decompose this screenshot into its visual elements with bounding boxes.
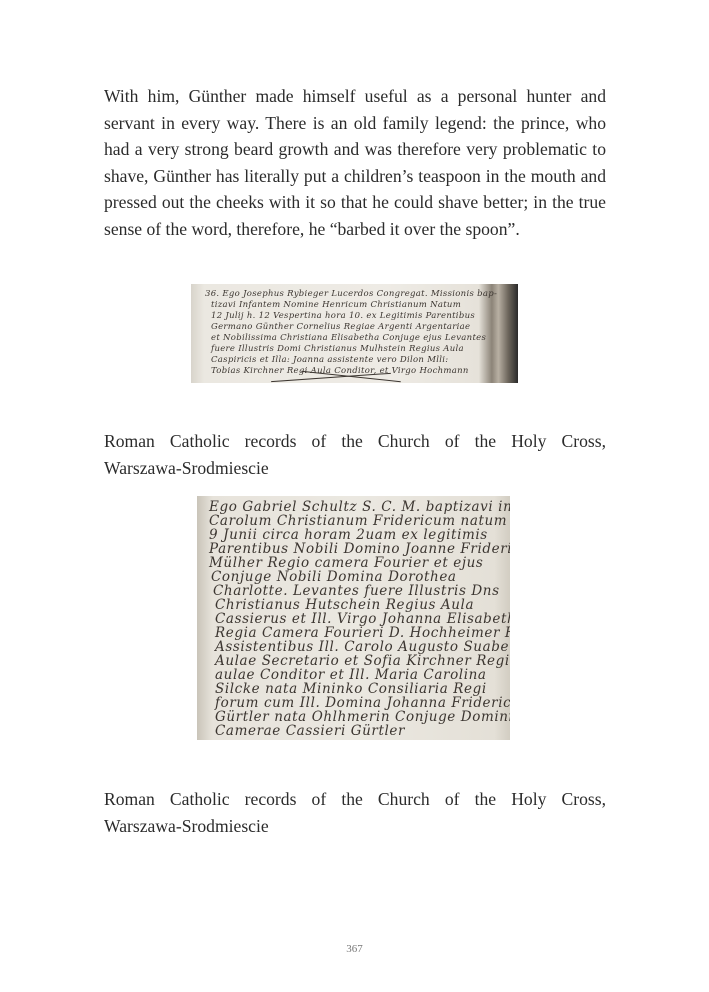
- handwriting-line: forum cum Ill. Domina Johanna Friderica: [197, 696, 510, 711]
- handwriting-line: fuere Illustris Domi Christianus Mulhste…: [191, 344, 518, 355]
- caption-line: Warszawa-Srodmiescie: [104, 455, 606, 482]
- handwriting-line: Cassierus et Ill. Virgo Johanna Elisabet…: [197, 612, 510, 627]
- page-number: 367: [0, 943, 709, 955]
- figure-caption-1: Roman Catholic records of the Church of …: [104, 428, 606, 481]
- caption-line: Roman Catholic records of the Church of …: [104, 786, 606, 813]
- scan-image-baptism-record-gunther: 36. Ego Josephus Rybieger Lucerdos Congr…: [191, 284, 518, 383]
- handwriting-line: Silcke nata Mininko Consiliaria Regi: [197, 682, 510, 697]
- handwriting-line: et Nobilissima Christiana Elisabetha Con…: [191, 333, 518, 344]
- handwriting-line: Camerae Cassieri Gürtler: [197, 724, 510, 739]
- handwriting-line: 36. Ego Josephus Rybieger Lucerdos Congr…: [191, 289, 518, 300]
- figure-caption-2: Roman Catholic records of the Church of …: [104, 786, 606, 839]
- handwriting-line: Charlotte. Levantes fuere Illustris Dns: [197, 584, 510, 599]
- handwriting-line: Mülher Regio camera Fourier et ejus: [197, 556, 510, 571]
- handwriting-line: 12 Julij h. 12 Vespertina hora 10. ex Le…: [191, 311, 518, 322]
- handwriting-line: Parentibus Nobili Domino Joanne Frideric…: [197, 542, 510, 557]
- handwriting-line: Germano Günther Cornelius Regiae Argenti…: [191, 322, 518, 333]
- handwriting-line: Assistentibus Ill. Carolo Augusto Suabe …: [197, 640, 510, 655]
- handwriting-line: Regia Camera Fourieri D. Hochheimer Fili…: [197, 626, 510, 641]
- handwriting-line: tizavi Infantem Nomine Henricum Christia…: [191, 300, 518, 311]
- handwriting-line: Christianus Hutschein Regius Aula: [197, 598, 510, 613]
- handwriting-line: Gürtler nata Ohlhmerin Conjuge Domini: [197, 710, 510, 725]
- handwriting-line: Caspiricis et Illa: Joanna assistente ve…: [191, 355, 518, 366]
- handwriting-line: Ego Gabriel Schultz S. C. M. baptizavi i…: [197, 500, 510, 515]
- handwriting-line: 9 Junii circa horam 2uam ex legitimis: [197, 528, 510, 543]
- handwriting-line: Aulae Secretario et Sofia Kirchner Regia: [197, 654, 510, 669]
- caption-line: Roman Catholic records of the Church of …: [104, 428, 606, 455]
- handwriting-line: aulae Conditor et Ill. Maria Carolina: [197, 668, 510, 683]
- handwriting-line: Carolum Christianum Fridericum natum die: [197, 514, 510, 529]
- body-paragraph: With him, Günther made himself useful as…: [104, 83, 606, 243]
- handwriting-line: Conjuge Nobili Domina Dorothea: [197, 570, 510, 585]
- caption-line: Warszawa-Srodmiescie: [104, 813, 606, 840]
- scan-image-baptism-record-carolum: Ego Gabriel Schultz S. C. M. baptizavi i…: [197, 496, 510, 740]
